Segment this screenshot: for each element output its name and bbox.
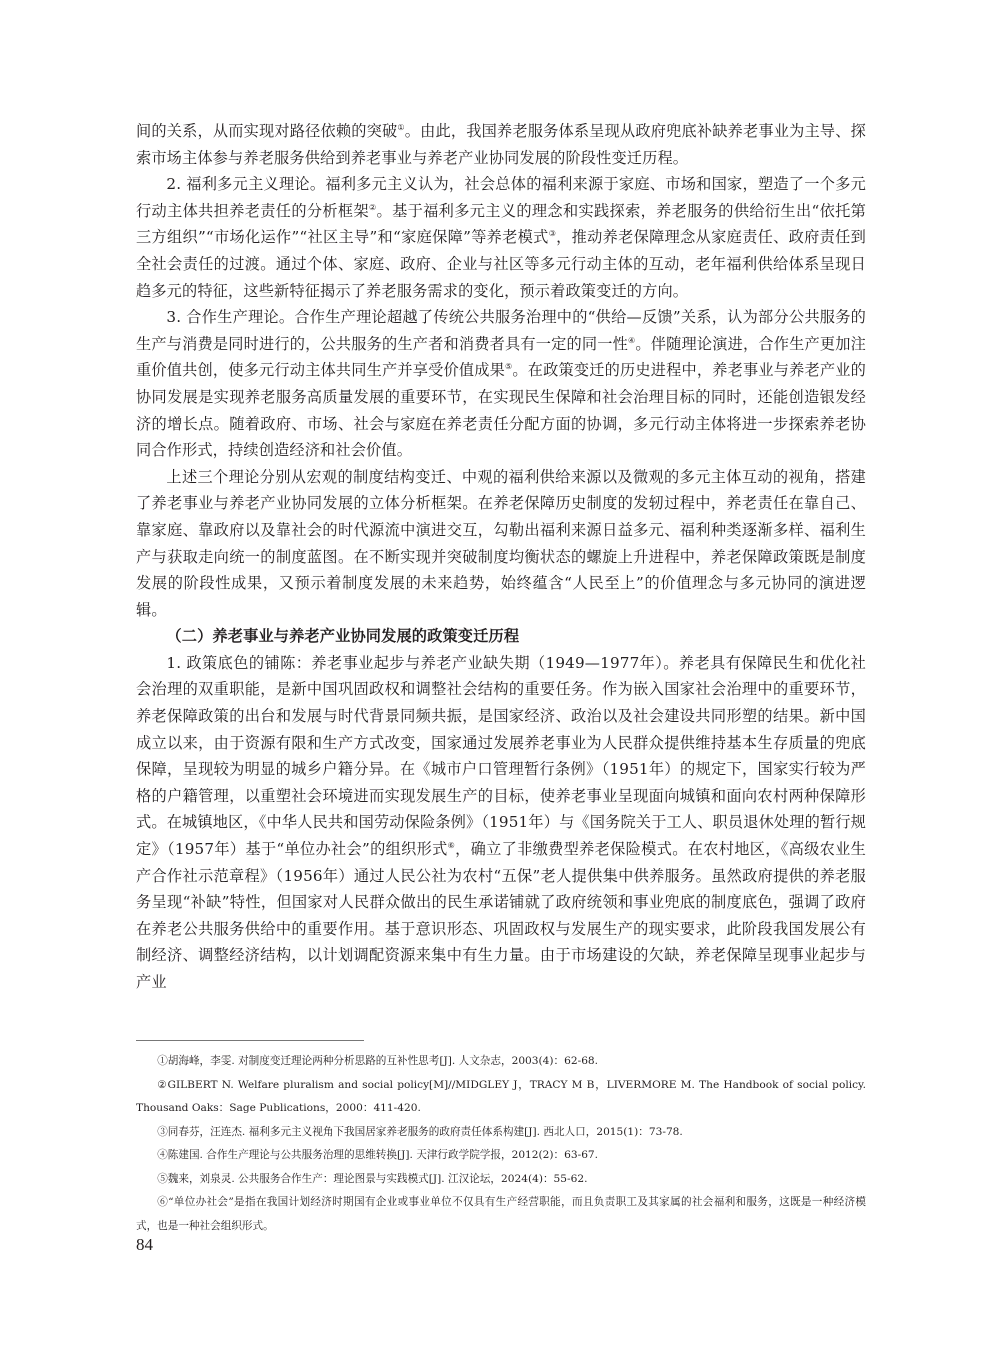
paragraph-0: 间的关系，从而实现对路径依赖的突破①。由此，我国养老服务体系呈现从政府兜底补缺养… (136, 118, 866, 171)
footnote-ref-6[interactable]: ⑥ (448, 841, 456, 850)
text: 间的关系，从而实现对路径依赖的突破 (136, 122, 397, 140)
text: 上述三个理论分别从宏观的制度结构变迁、中观的福利供给来源以及微观的多元主体互动的… (136, 468, 866, 619)
section-heading: （二）养老事业与养老产业协同发展的政策变迁历程 (136, 623, 866, 650)
paragraph-3: 上述三个理论分别从宏观的制度结构变迁、中观的福利供给来源以及微观的多元主体互动的… (136, 464, 866, 624)
footnote-4: ④陈建国. 合作生产理论与公共服务治理的思维转换[J]. 天津行政学院学报，20… (136, 1144, 866, 1168)
footnote-5: ⑤魏来，刘泉灵. 公共服务合作生产：理论图景与实践模式[J]. 江汉论坛，202… (136, 1168, 866, 1192)
footnote-3: ③同春芬，汪连杰. 福利多元主义视角下我国居家养老服务的政府责任体系构建[J].… (136, 1121, 866, 1145)
footnote-1: ①胡海峰，李雯. 对制度变迁理论两种分析思路的互补性思考[J]. 人文杂志，20… (136, 1050, 866, 1074)
paragraph-4: 1. 政策底色的铺陈：养老事业起步与养老产业缺失期（1949—1977年）。养老… (136, 650, 866, 996)
text: 1. 政策底色的铺陈：养老事业起步与养老产业缺失期（1949—1977年）。养老… (136, 654, 866, 858)
footnote-2: ②GILBERT N. Welfare pluralism and social… (136, 1074, 866, 1121)
body-text: 间的关系，从而实现对路径依赖的突破①。由此，我国养老服务体系呈现从政府兜底补缺养… (136, 118, 866, 996)
text: ，确立了非缴费型养老保险模式。在农村地区，《高级农业生产合作社示范章程》（195… (136, 840, 866, 991)
footnote-divider (136, 1040, 364, 1041)
paragraph-2: 3. 合作生产理论。合作生产理论超越了传统公共服务治理中的“供给—反馈”关系，认… (136, 304, 866, 464)
footnote-ref-2[interactable]: ② (369, 203, 377, 212)
footnote-ref-1[interactable]: ① (397, 123, 404, 132)
footnote-6: ⑥“单位办社会”是指在我国计划经济时期国有企业或事业单位不仅具有生产经营职能，而… (136, 1191, 866, 1238)
paragraph-1: 2. 福利多元主义理论。福利多元主义认为，社会总体的福利来源于家庭、市场和国家，… (136, 171, 866, 304)
page-number: 84 (136, 1235, 153, 1255)
page-content: 间的关系，从而实现对路径依赖的突破①。由此，我国养老服务体系呈现从政府兜底补缺养… (136, 118, 866, 996)
footnotes: ①胡海峰，李雯. 对制度变迁理论两种分析思路的互补性思考[J]. 人文杂志，20… (136, 1050, 866, 1238)
